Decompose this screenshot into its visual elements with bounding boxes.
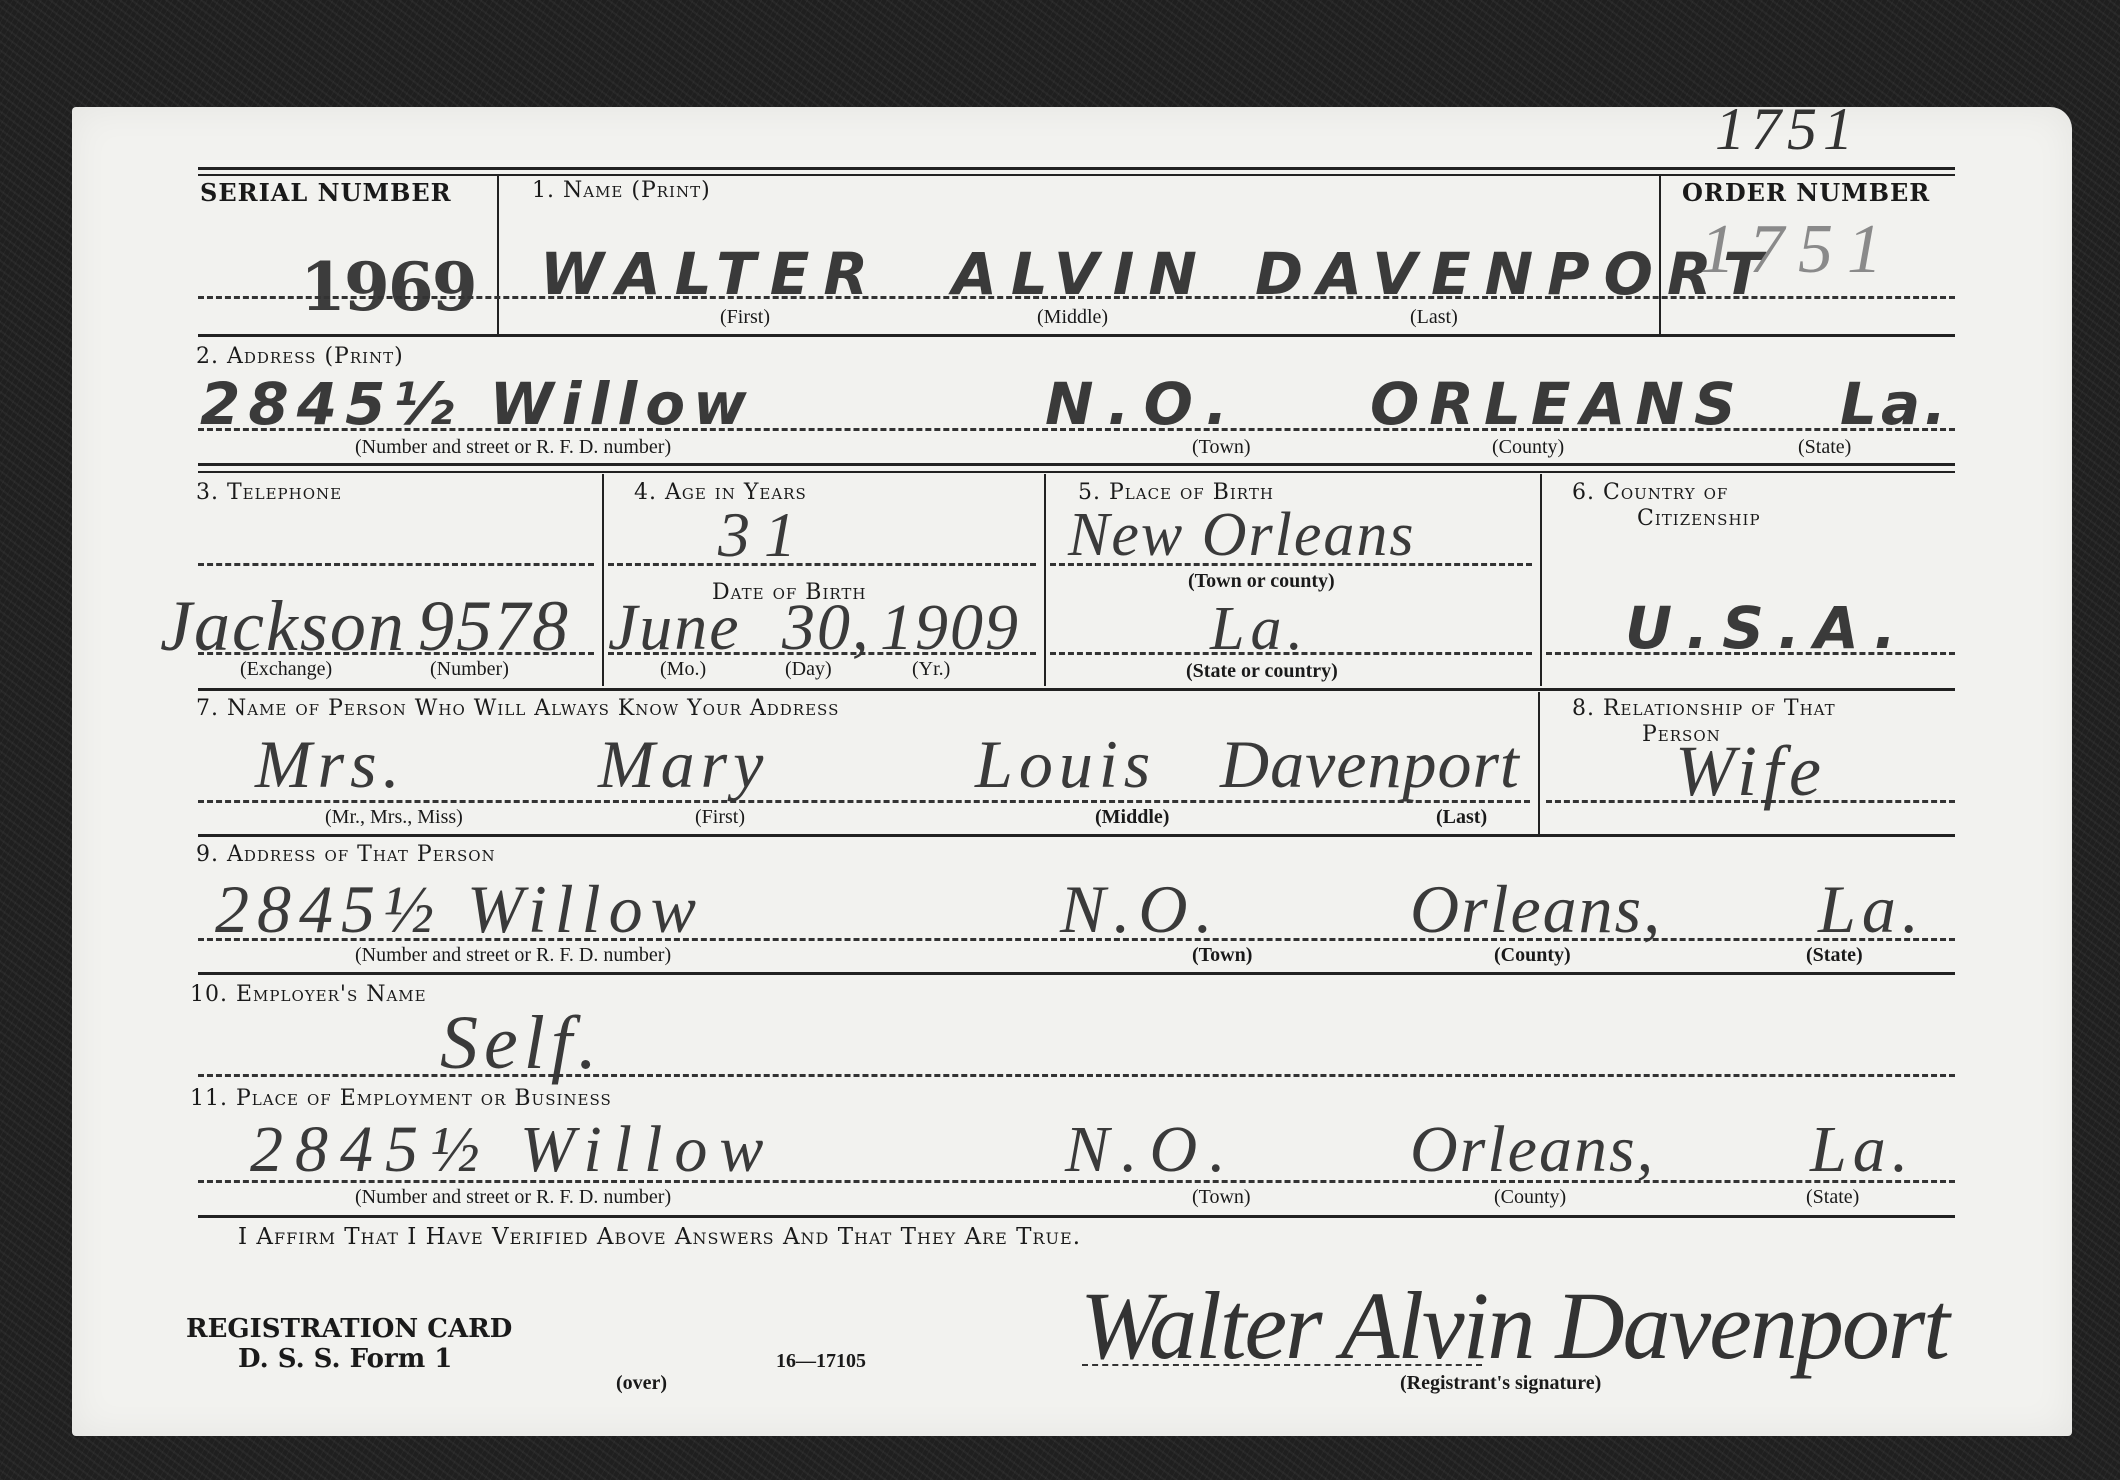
serial-number-value: 1969	[300, 248, 476, 326]
age-value: 31	[718, 498, 810, 572]
top-rule-2	[198, 174, 1955, 176]
employment-place-county-caption: (County)	[1494, 1186, 1566, 1209]
employment-place-state-caption: (State)	[1806, 1186, 1859, 1209]
rule-after-address	[198, 463, 1955, 466]
rule-after-employment	[198, 1215, 1955, 1218]
name-first-caption: (First)	[720, 306, 770, 329]
birthplace-state-underline	[1050, 652, 1532, 655]
employment-place-street-caption: (Number and street or R. F. D. number)	[355, 1186, 671, 1209]
birthplace-town-caption: (Town or county)	[1188, 570, 1335, 593]
employment-place-underline	[198, 1180, 1955, 1183]
employment-place-county: Orleans,	[1410, 1112, 1655, 1188]
top-annotation-number: 1751	[1715, 95, 1859, 164]
telephone-underline	[198, 652, 594, 655]
contact-title: Mrs.	[255, 725, 406, 804]
rule-after-contact-address	[198, 972, 1955, 975]
contact-address-underline	[198, 938, 1955, 941]
telephone-number: 9578	[418, 585, 570, 668]
telephone-number-caption: (Number)	[430, 658, 509, 681]
age-underline	[608, 563, 1036, 566]
telephone-upper-line	[198, 563, 594, 566]
citizenship-underline	[1546, 652, 1955, 655]
form-id: D. S. S. Form 1	[238, 1344, 452, 1374]
rule-after-name	[198, 334, 1955, 337]
serial-name-divider	[497, 176, 499, 334]
citizenship-label-line2: Citizenship	[1637, 506, 1761, 531]
affirmation-text: I Affirm That I Have Verified Above Answ…	[238, 1224, 1081, 1250]
employer-underline	[198, 1074, 1955, 1077]
employment-place-label: 11. Place of Employment or Business	[190, 1086, 612, 1111]
print-code: 16—17105	[776, 1350, 866, 1373]
dob-day-caption: (Day)	[785, 658, 832, 681]
address-town-caption: (Town)	[1192, 436, 1251, 459]
employment-place-town: N.O.	[1065, 1112, 1238, 1188]
birthplace-state-caption: (State or country)	[1186, 660, 1338, 683]
card-title: Registration Card	[186, 1314, 512, 1344]
tel-age-divider	[602, 474, 604, 686]
top-rule	[198, 167, 1955, 170]
name-middle-caption: (Middle)	[1037, 306, 1108, 329]
contact-middle-caption: (Middle)	[1095, 806, 1169, 829]
birthplace-citizenship-divider	[1540, 474, 1542, 686]
employment-place-town-caption: (Town)	[1192, 1186, 1251, 1209]
order-number-label: ORDER NUMBER	[1682, 178, 1930, 207]
contact-first: Mary	[598, 725, 769, 804]
address-street-caption: (Number and street or R. F. D. number)	[355, 436, 671, 459]
signature-caption: (Registrant's signature)	[1400, 1372, 1601, 1395]
rule-after-row3	[198, 688, 1955, 691]
contact-label: 7. Name of Person Who Will Always Know Y…	[196, 696, 839, 721]
relationship-underline	[1546, 800, 1955, 803]
name-underline	[198, 296, 1955, 299]
contact-address-label: 9. Address of That Person	[196, 842, 496, 867]
age-birthplace-divider	[1044, 474, 1046, 686]
rule-after-contact	[198, 834, 1955, 837]
address-county-caption: (County)	[1492, 436, 1564, 459]
telephone-exchange: Jackson	[160, 585, 406, 668]
name-order-divider	[1659, 176, 1661, 334]
contact-address-street-caption: (Number and street or R. F. D. number)	[355, 944, 671, 967]
contact-title-caption: (Mr., Mrs., Miss)	[325, 806, 463, 829]
dob-underline	[608, 652, 1036, 655]
contact-address-town-caption: (Town)	[1192, 944, 1252, 967]
relationship-label-line1: 8. Relationship of That	[1572, 696, 1836, 721]
birthplace-town-underline	[1050, 563, 1532, 566]
contact-underline	[198, 800, 1530, 803]
dob-month-caption: (Mo.)	[660, 658, 706, 681]
employment-place-state: La.	[1810, 1112, 1914, 1188]
employer-label: 10. Employer's Name	[190, 982, 427, 1007]
rule-after-address-2	[198, 471, 1955, 473]
employment-place-street: 2845½ Willow	[250, 1112, 775, 1188]
over-note: (over)	[616, 1372, 667, 1395]
contact-relationship-divider	[1538, 692, 1540, 834]
contact-address-state-caption: (State)	[1806, 944, 1863, 967]
address-label: 2. Address (Print)	[196, 344, 404, 369]
contact-first-caption: (First)	[695, 806, 745, 829]
citizenship-label-line1: 6. Country of	[1572, 480, 1728, 505]
contact-last: Davenport	[1220, 725, 1520, 804]
address-underline	[198, 428, 1955, 431]
telephone-exchange-caption: (Exchange)	[240, 658, 332, 681]
telephone-label: 3. Telephone	[196, 480, 342, 505]
contact-middle: Louis	[975, 725, 1156, 804]
contact-address-county-caption: (County)	[1494, 944, 1571, 967]
name-label: 1. Name (Print)	[532, 178, 711, 203]
name-last-caption: (Last)	[1410, 306, 1458, 329]
serial-number-label: SERIAL NUMBER	[200, 178, 452, 207]
address-state-caption: (State)	[1798, 436, 1851, 459]
contact-last-caption: (Last)	[1436, 806, 1487, 829]
signature-line	[1082, 1364, 1482, 1366]
dob-year-caption: (Yr.)	[912, 658, 950, 681]
order-number-value: 1751	[1700, 210, 1896, 290]
birthplace-town: New Orleans	[1068, 500, 1416, 571]
